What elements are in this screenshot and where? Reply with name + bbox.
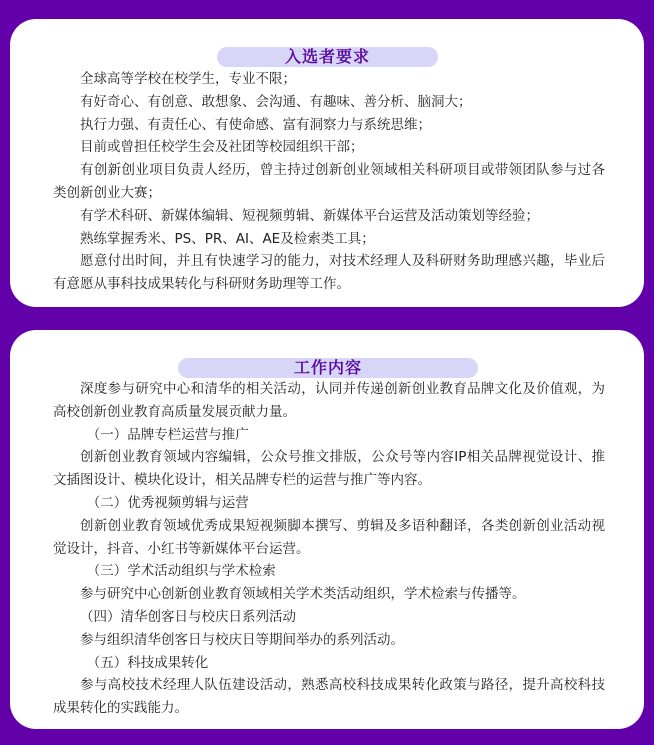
- section-heading: （四）清华创客日与校庆日系列活动: [53, 606, 605, 629]
- requirement-item: 有学术科研、新媒体编辑、短视频剪辑、新媒体平台运营及活动策划等经验；: [53, 205, 605, 228]
- section-body: 创新创业教育领域优秀成果短视频脚本撰写、剪辑及多语种翻译，各类创新创业活动视觉设…: [53, 515, 605, 561]
- requirements-title-pill: 入选者要求: [217, 47, 438, 67]
- requirement-item: 熟练掌握秀米、PS、PR、AI、AE及检索类工具；: [53, 228, 605, 251]
- section-body: 参与研究中心创新创业教育领域相关学术类活动组织，学术检索与传播等。: [53, 583, 605, 606]
- requirement-item: 目前或曾担任校学生会及社团等校园组织干部；: [53, 136, 605, 159]
- requirement-item: 执行力强、有责任心、有使命感、富有洞察力与系统思维；: [53, 114, 605, 137]
- work-content-card: 工作内容 深度参与研究中心和清华的相关活动，认同并传递创新创业教育品牌文化及价值…: [10, 330, 644, 729]
- section-heading: （三）学术活动组织与学术检索: [53, 560, 605, 583]
- section-body: 创新创业教育领域内容编辑，公众号推文排版，公众号等内容IP相关品牌视觉设计、推文…: [53, 446, 605, 492]
- section-body: 参与高校技术经理人队伍建设活动，熟悉高校科技成果转化政策与路径，提升高校科技成果…: [53, 674, 605, 720]
- requirement-item: 有好奇心、有创意、敢想象、会沟通、有趣味、善分析、脑洞大；: [53, 91, 605, 114]
- requirements-list: 全球高等学校在校学生，专业不限； 有好奇心、有创意、敢想象、会沟通、有趣味、善分…: [53, 68, 605, 296]
- work-title-pill: 工作内容: [178, 358, 478, 378]
- section-heading: （五）科技成果转化: [53, 652, 605, 675]
- section-heading: （一）品牌专栏运营与推广: [53, 424, 605, 447]
- section-heading: （二）优秀视频剪辑与运营: [53, 492, 605, 515]
- requirement-item: 愿意付出时间，并且有快速学习的能力，对技术经理人及科研财务助理感兴趣，毕业后有意…: [53, 250, 605, 296]
- requirements-title: 入选者要求: [285, 47, 370, 67]
- work-intro: 深度参与研究中心和清华的相关活动，认同并传递创新创业教育品牌文化及价值观，为高校…: [53, 378, 605, 424]
- work-title: 工作内容: [294, 358, 362, 378]
- section-body: 参与组织清华创客日与校庆日等期间举办的系列活动。: [53, 629, 605, 652]
- requirements-card: 入选者要求 全球高等学校在校学生，专业不限； 有好奇心、有创意、敢想象、会沟通、…: [10, 19, 644, 307]
- requirement-item: 有创新创业项目负责人经历，曾主持过创新创业领域相关科研项目或带领团队参与过各类创…: [53, 159, 605, 205]
- requirement-item: 全球高等学校在校学生，专业不限；: [53, 68, 605, 91]
- work-content: 深度参与研究中心和清华的相关活动，认同并传递创新创业教育品牌文化及价值观，为高校…: [53, 378, 605, 720]
